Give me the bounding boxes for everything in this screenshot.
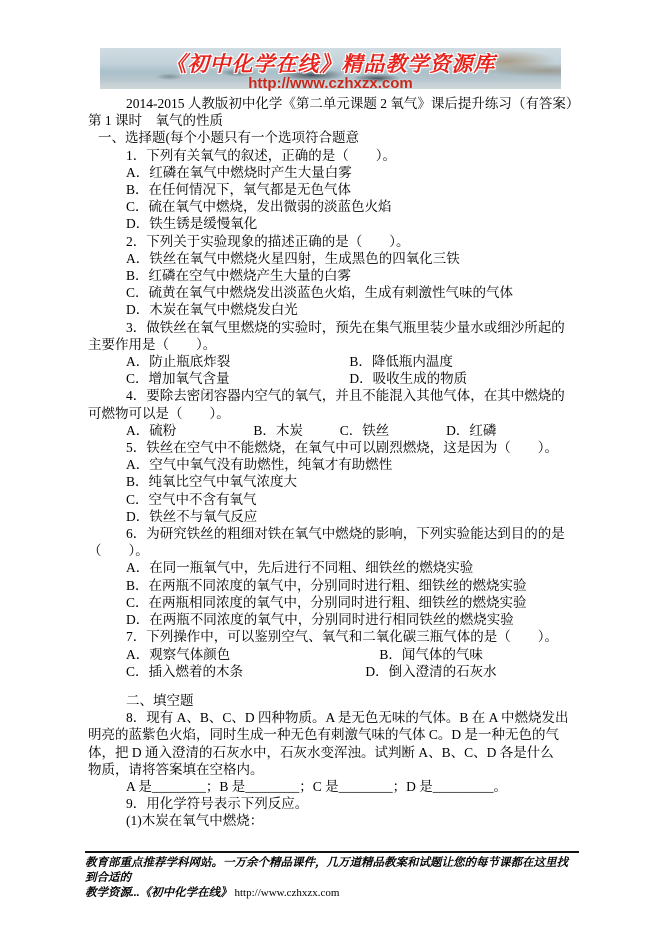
question-8-stem-line1: 8．现有 A、B、C、D 四种物质。A 是无色无味的气体。B 在 A 中燃烧发出 — [88, 709, 580, 726]
question-1-option-b: B．在任何情况下，氧气都是无色气体 — [88, 181, 580, 198]
question-3-stem-line1: 3．做铁丝在氧气里燃烧的实验时，预先在集气瓶里装少量水或细沙所起的 — [88, 319, 580, 336]
section-1-header: 一、选择题(每个小题只有一个选项符合题意 — [88, 129, 580, 146]
question-1-option-a: A．红磷在氧气中燃烧时产生大量白雾 — [88, 164, 580, 181]
document-subtitle: 第 1 课时 氧气的性质 — [88, 112, 580, 129]
document-content: 2014-2015 人教版初中化学《第二单元课题 2 氧气》课后提升练习（有答案… — [88, 95, 580, 830]
question-3-options-row-1: A．防止瓶底炸裂 B．降低瓶内温度 — [88, 353, 580, 370]
question-5-option-d: D．铁丝不与氧气反应 — [88, 508, 580, 525]
question-2-option-a: A．铁丝在氧气中燃烧火星四射，生成黑色的四氧化三铁 — [88, 250, 580, 267]
question-1-option-d: D．铁生锈是缓慢氧化 — [88, 215, 580, 232]
question-2-option-d: D．木炭在氧气中燃烧发白光 — [88, 301, 580, 318]
question-3-option-d: D．吸收生成的物质 — [349, 370, 467, 387]
question-8-answer-blanks: A 是________；B 是________；C 是________；D 是_… — [88, 778, 580, 795]
question-8-stem-line3: 体，把 D 通入澄清的石灰水中，石灰水变浑浊。试判断 A、B、C、D 各是什么 — [88, 744, 580, 761]
question-5-option-b: B．纯氧比空气中氧气浓度大 — [88, 473, 580, 490]
question-1-stem: 1．下列有关氧气的叙述，正确的是（ ）。 — [88, 147, 580, 164]
footer-site-url: http://www.czhxzx.com — [235, 887, 340, 899]
question-4-option-c: C．铁丝 — [340, 422, 443, 439]
site-banner-image: 《初中化学在线》精品教学资源库 http://www.czhxzx.com — [100, 48, 561, 89]
question-9-stem: 9．用化学符号表示下列反应。 — [88, 795, 580, 812]
footer-line-2-text: 教学资源...《初中化学在线》 — [85, 887, 232, 899]
question-2-stem: 2．下列关于实验现象的描述正确的是（ ）。 — [88, 233, 580, 250]
question-3-options-row-2: C．增加氧气含量 D．吸收生成的物质 — [88, 370, 580, 387]
question-3-stem-line2: 主要作用是（ ）。 — [88, 336, 580, 353]
question-8-stem-line4: 物质，请将答案填在空格内。 — [88, 761, 580, 778]
question-7-option-c: C．插入燃着的木条 — [126, 663, 362, 680]
question-9-sub1: (1)木炭在氧气中燃烧： — [88, 812, 580, 829]
question-2-option-c: C．硫黄在氧气中燃烧发出淡蓝色火焰，生成有刺激性气味的气体 — [88, 284, 580, 301]
question-5-option-a: A．空气中氧气没有助燃性，纯氧才有助燃性 — [88, 456, 580, 473]
question-6-stem-line1: 6．为研究铁丝的粗细对铁在氧气中燃烧的影响，下列实验能达到目的的是 — [88, 525, 580, 542]
question-6-option-a: A．在同一瓶氧气中，先后进行不同粗、细铁丝的燃烧实验 — [88, 559, 580, 576]
question-4-stem-line2: 可燃物可以是（ ）。 — [88, 405, 580, 422]
question-4-option-a: A．硫粉 — [126, 422, 250, 439]
page-footer: 教育部重点推荐学科网站。一万余个精品课件，几万道精品教案和试题让您的每节课都在这… — [85, 851, 579, 901]
question-4-option-b: B．木炭 — [253, 422, 336, 439]
question-6-stem-line2: （ ）。 — [88, 542, 580, 559]
footer-line-1: 教育部重点推荐学科网站。一万余个精品课件，几万道精品教案和试题让您的每节课都在这… — [85, 856, 579, 886]
question-2-option-b: B．红磷在空气中燃烧产生大量的白雾 — [88, 267, 580, 284]
question-5-option-c: C．空气中不含有氧气 — [88, 491, 580, 508]
question-7-option-d: D．倒入澄清的石灰水 — [365, 663, 496, 680]
question-6-option-d: D．在两瓶不同浓度的氧气中，分别同时进行相同铁丝的燃烧实验 — [88, 611, 580, 628]
section-2-header: 二、填空题 — [88, 692, 580, 709]
document-title: 2014-2015 人教版初中化学《第二单元课题 2 氧气》课后提升练习（有答案… — [88, 95, 580, 112]
question-7-stem: 7．下列操作中，可以鉴别空气、氧气和二氧化碳三瓶气体的是（ ）。 — [88, 628, 580, 645]
worksheet-page: 《初中化学在线》精品教学资源库 http://www.czhxzx.com 20… — [0, 0, 661, 935]
question-4-options-row: A．硫粉 B．木炭 C．铁丝 D．红磷 — [88, 422, 580, 439]
question-7-options-row-1: A．观察气体颜色 B．闻气体的气味 — [88, 646, 580, 663]
question-5-stem: 5．铁丝在空气中不能燃烧，在氧气中可以剧烈燃烧，这是因为（ ）。 — [88, 439, 580, 456]
question-8-stem-line2: 明亮的蓝紫色火焰，同时生成一种无色有刺激气味的气体 C。D 是一种无色的气 — [88, 726, 580, 743]
banner-site-url: http://www.czhxzx.com — [100, 75, 561, 92]
banner-site-title: 《初中化学在线》精品教学资源库 — [100, 48, 561, 78]
question-1-option-c: C．硫在氧气中燃烧，发出微弱的淡蓝色火焰 — [88, 198, 580, 215]
question-4-stem-line1: 4．要除去密闭容器内空气的氧气，并且不能混入其他气体，在其中燃烧的 — [88, 387, 580, 404]
question-4-option-d: D．红磷 — [446, 422, 496, 439]
question-7-option-b: B．闻气体的气味 — [379, 646, 483, 663]
question-6-option-c: C．在两瓶相同浓度的氧气中，分别同时进行粗、细铁丝的燃烧实验 — [88, 594, 580, 611]
question-3-option-b: B．降低瓶内温度 — [349, 353, 453, 370]
question-7-option-a: A．观察气体颜色 — [126, 646, 376, 663]
footer-line-2: 教学资源...《初中化学在线》 http://www.czhxzx.com — [85, 886, 579, 901]
question-3-option-a: A．防止瓶底炸裂 — [126, 353, 346, 370]
section-spacer — [88, 680, 580, 692]
question-6-option-b: B．在两瓶不同浓度的氧气中，分别同时进行粗、细铁丝的燃烧实验 — [88, 577, 580, 594]
question-7-options-row-2: C．插入燃着的木条 D．倒入澄清的石灰水 — [88, 663, 580, 680]
question-3-option-c: C．增加氧气含量 — [126, 370, 346, 387]
